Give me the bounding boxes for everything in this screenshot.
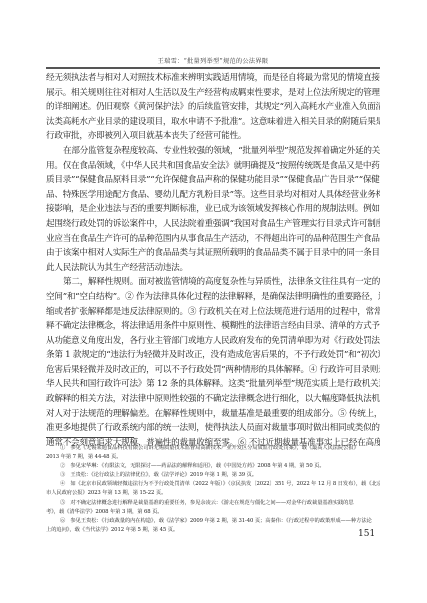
- footnote-line: ⑥ 参见王贵松：《行政裁量的内在构造》，载《法学家》2009 年第 2 期，第 …: [46, 517, 380, 526]
- body-line: 在部分监管复杂程度较高、专业性较强的领域，“批量列举型”规范发挥着确定外延的关键…: [46, 144, 380, 159]
- body-line: 起围绕行政处罚的诉讼案件中，人民法院着重强调“我国对食品生产管理实行目录式许可制…: [46, 217, 380, 232]
- body-line: 缩或者扩张解释都是违反法律原则的。③ 行政机关在对上位法规范进行适用的过程中，常…: [46, 305, 380, 320]
- body-line: 从功能意义角度出发，各行业主管部门或地方人民政府发布的免罚清单即为对《行政处罚法…: [46, 334, 380, 349]
- body-line: 条第 1 款规定的“违法行为轻微并及时改正，没有造成危害后果的，不予行政处罚”和…: [46, 348, 380, 363]
- footnote-line: ① 参见《无锡某通食品科技有限公司诉无锡质量技术监督局高新技术产业开发区分局质监…: [46, 444, 380, 453]
- footnotes: ① 参见《无锡某通食品科技有限公司诉无锡质量技术监督局高新技术产业开发区分局质监…: [46, 444, 380, 535]
- running-head: 王瑞雪：“批量列举型”规范的公法界限: [46, 56, 380, 65]
- body-line: 第二，解释性规则。面对被监管情境的高度复杂性与异质性，法律条文往往具有一定的“开…: [46, 275, 380, 290]
- footnote-line: 考》，载《清华法学》2008 年第 3 期，第 68 页。: [46, 508, 380, 517]
- body-line: 华人民共和国行政许可法》第 12 条的具体解释。这类“批量列举型”规范实质上是行…: [46, 377, 380, 392]
- body-line: 经无须执法者与相对人对照技术标准来辨明实践适用情境，而是径自将最为常见的情境直接…: [46, 71, 380, 86]
- footnote-line: ③ 王贵松：《论行政法上的法律优位》，载《法学评论》2019 年第 1 期，第 …: [46, 471, 380, 480]
- body-line: 业应当在食品生产许可的品种范围内从事食品生产活动，不得超出许可的品种范围生产食品…: [46, 232, 380, 247]
- body-line: 危害后果轻微并及时改正的，可以不予行政处罚”两种情形的具体解释。④ 行政许可目录…: [46, 363, 380, 378]
- body-line: 接影响，是企业违法与否的重要判断标准，业已成为该领域发挥核心作用的规制法则。例如…: [46, 202, 380, 217]
- footnote-line: 2013 年第 7 期，第 44-48 页。: [46, 453, 380, 462]
- body-line: 空间”和“空白结构”。② 作为法律具体化过程的法律解释，是确保法律明确性的重要路…: [46, 290, 380, 305]
- body-line: 由于该案中相对人实际生产的食品品类与其证照所载明的食品品类不属于目录中的同一条目…: [46, 246, 380, 261]
- footnote-line: ⑤ 对不确定法律概念进行解释是裁量基准的重要任务，参见余凌云：《游走在规范与僵化…: [46, 499, 380, 508]
- footnote-line: ② 参见宋华琳：《有限法文，无限探讨——药品法的解释和适用》，载《中国处方药》2…: [46, 462, 380, 471]
- body-line: 释不确定法律概念，将法律适用条件中原则性、模糊性的法律语言经由目录、清单的方式予…: [46, 319, 380, 334]
- body-line: 汰类高耗水产业目录的建设项目，取水申请不予批准”。这意味着进入相关目录的附随后果…: [46, 115, 380, 130]
- body-line: 此人民法院认为其生产经营活动违法。: [46, 261, 380, 276]
- page-number: 151: [358, 529, 375, 539]
- body-line: 用。仅在食品领域，《中华人民共和国食品安全法》就明确提及“按照传统既是食品又是中…: [46, 159, 380, 174]
- body-line: 品、特殊医学用途配方食品、婴幼儿配方乳粉目录”等。这些目录均对相对人具体经营业务…: [46, 188, 380, 203]
- body-line: 行政审批，亦即被列入项目就基本丧失了经营可能性。: [46, 129, 380, 144]
- footnote-line: ④ 如《北京市民政领域轻微违法行为不予行政处罚清单（2022 年版）》（京民执发…: [46, 480, 380, 489]
- footnote-line: 上的追问》，载《当代法学》2012 年第 5 期，第 45 页。: [46, 526, 380, 535]
- body-line: 展示。相关规则往往对相对人生活以及生产经营构成羁束性要求，是对上位法所规定的管理…: [46, 86, 380, 101]
- body-text: 经无须执法者与相对人对照技术标准来辨明实践适用情境，而是径自将最为常见的情境直接…: [46, 71, 380, 450]
- header-rule: [46, 67, 380, 69]
- body-line: 的详细阐述。仍旧观察《黄河保护法》的后续监管安排，其规定“列入高耗水产业准入负面…: [46, 100, 380, 115]
- body-line: 对人对于法规范的理解偏差。在解释性规则中，裁量基准是最重要的组成部分。⑤ 传统上…: [46, 407, 380, 422]
- footnote-line: 市人民政府公报》2023 年第 13 期，第 15-22 页。: [46, 489, 380, 498]
- body-line: 质目录”“保健食品原料目录”“允许保健食品声称的保健功能目录”“保健食品广告目录…: [46, 173, 380, 188]
- footnote-rule: [46, 437, 134, 438]
- body-line: 准更多地提供了行政系统内部的统一法则，使得执法人员面对裁量事项时做出相同或类似的…: [46, 421, 380, 436]
- body-line: 政解释的相关方法，对法律中原则性较强的不确定法律概念进行细化，以大幅度降低执法机…: [46, 392, 380, 407]
